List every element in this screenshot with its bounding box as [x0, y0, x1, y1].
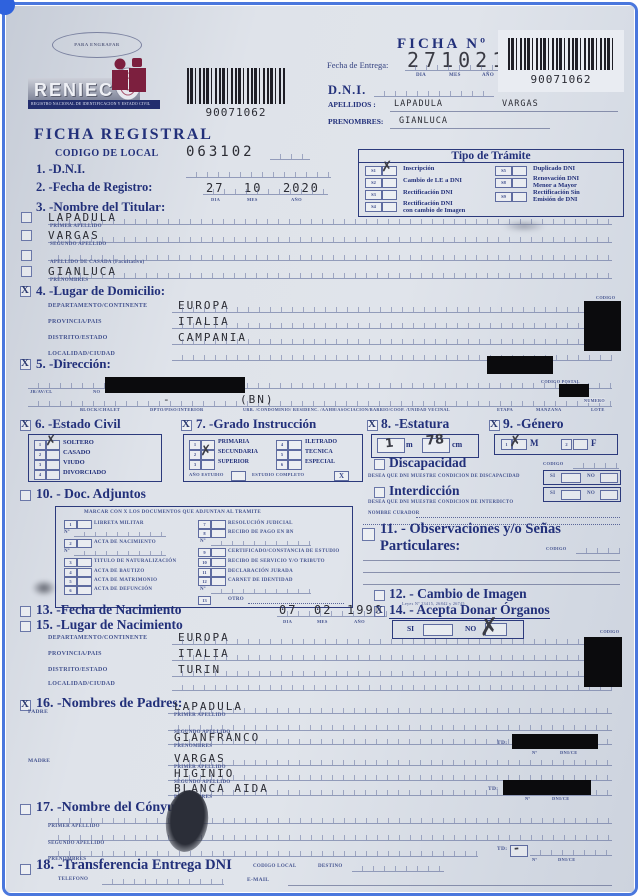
field-label: DEPARTAMENTO/CONTINENTE [48, 635, 147, 641]
tramite-label: Cambio de LE a DNI [403, 177, 462, 184]
discapacidad-desc: DESEA QUE DNI MUESTRE CONDICION DE DISCA… [368, 474, 520, 479]
apellido1-value: LAPADULA [394, 99, 443, 109]
dia-label: DIA [416, 73, 426, 78]
barcode-left [187, 68, 285, 104]
comb-field [48, 267, 612, 279]
section2-title: 2. -Fecha de Registro: [36, 180, 152, 195]
si-label: SI [407, 624, 414, 633]
section5-checkbox: X [20, 359, 31, 370]
doc-num: 10 [198, 558, 211, 567]
tramite-code: S3 [365, 190, 382, 200]
mes-label: MES [317, 619, 328, 624]
genero-f-box [573, 439, 588, 450]
section11-checkbox [362, 528, 375, 541]
dnice-label: DNI/CE [552, 796, 570, 801]
interdiccion-title: Interdicción [389, 483, 460, 499]
ano-label: AÑO [354, 619, 365, 624]
option-label: CASADO [63, 449, 90, 456]
doc-num: 5 [64, 577, 77, 586]
option-checkbox [288, 460, 302, 470]
no-label: Nº [200, 587, 206, 592]
si-label: SI [550, 474, 555, 479]
field-label: MANZANA [536, 407, 562, 412]
comb-field [74, 547, 166, 556]
comb-field [74, 528, 166, 537]
comb-field [530, 845, 612, 856]
section18-checkbox [20, 864, 31, 875]
tramite-code: S1 [365, 166, 382, 176]
option-num: 3 [189, 460, 201, 470]
doc-label: RECIBO DE PAGO EN BN [228, 530, 294, 535]
field-label: SEGUNDO APELLIDO [50, 242, 107, 247]
curador-label: NOMBRE CURADOR [368, 511, 420, 516]
redaction-box [559, 384, 589, 397]
interdiccion-sino-box: SI NO [543, 487, 621, 502]
field-label: PRIMER APELLIDO [174, 713, 226, 718]
titular-row3-checkbox [21, 250, 32, 261]
doc-checkbox [77, 586, 92, 595]
section6-checkbox: X [20, 420, 31, 431]
titular-row4-checkbox [21, 266, 32, 277]
prenombres-value: GIANLUCA [399, 116, 448, 126]
comb-field [28, 395, 612, 407]
codigo-local-value: 063102 [186, 144, 255, 160]
comb-field [168, 702, 612, 714]
padre-label: PADRE [28, 709, 48, 715]
si-box [561, 490, 581, 500]
doc-num: 7 [198, 520, 211, 529]
tramite-code: S4 [365, 202, 382, 212]
section14-checkbox: X [374, 606, 385, 617]
comb-field [168, 719, 612, 731]
registro-comb [203, 184, 328, 195]
doc-adjuntos-box: MARCAR CON X LOS DOCUMENTOS QUE ADJUNTAN… [55, 506, 353, 608]
comb-field [48, 231, 612, 243]
dni-field-comb [186, 165, 331, 178]
section18-title: 18. -Transferencia Entrega DNI [36, 857, 232, 874]
comb-field [172, 317, 612, 329]
doc-checkbox [211, 558, 226, 567]
doc-label: ACTA DE DEFUNCIÓN [94, 587, 152, 592]
estatura-m-unit: m [406, 440, 413, 449]
titular-row2-checkbox [21, 230, 32, 241]
no-label: Nº [64, 549, 70, 554]
estatura-m-value: 1 [384, 436, 394, 451]
writing-line [363, 583, 620, 585]
option-checkbox [288, 450, 302, 460]
x-mark: X [182, 418, 190, 430]
doc-label: TITULO DE NATURALIZACIÓN [94, 559, 176, 564]
comb-field [48, 845, 478, 857]
ano-estudio-label: AÑO ESTUDIO [189, 472, 224, 477]
doc-label: ACTA DE NACIMIENTO [94, 540, 156, 545]
option-label: TECNICA [305, 449, 333, 455]
tramite-label: Duplicado DNI [533, 165, 575, 172]
comb-field [172, 665, 612, 677]
field-label: ETAPA [497, 407, 513, 412]
titular-row1-checkbox [21, 212, 32, 223]
doc-checkbox [211, 548, 226, 557]
codigo-label: CODIGO [600, 629, 619, 634]
doc-adjuntos-note: MARCAR CON X LOS DOCUMENTOS QUE ADJUNTAN… [84, 510, 261, 515]
dia-label: DIA [283, 619, 292, 624]
genero-box: 1 ✗ M 2 F [494, 434, 618, 455]
direccion-dpto-value: - [163, 393, 170, 406]
doc-num: 12 [198, 577, 211, 586]
grado-instruccion-box: 1 PRIMARIA 2 ✗ SECUNDARIA 3 SUPERIOR 4 I… [183, 434, 363, 482]
no-label: Nº [200, 539, 206, 544]
doc-num: 8 [198, 529, 211, 538]
tramite-label: Renovación DNI [533, 175, 579, 182]
tramite-checkbox [382, 190, 397, 200]
comb-field [576, 543, 620, 554]
doc-num: 3 [64, 558, 77, 567]
reniec-logo-text: RENIEC [34, 80, 114, 101]
option-checkbox [46, 470, 60, 480]
doc-num: 13 [198, 596, 211, 605]
comb-field [172, 679, 612, 691]
section8-checkbox: X [367, 420, 378, 431]
x-mark: ✗ [380, 158, 393, 175]
dni-comb [374, 84, 494, 97]
writing-line [363, 571, 620, 573]
section5-title: 5. -Dirección: [36, 356, 111, 372]
tramite-code: S5 [495, 166, 512, 176]
genero-f-num: 2 [561, 439, 572, 450]
codigo-local-label: CODIGO LOCAL [253, 864, 296, 869]
no-box [600, 473, 618, 483]
no-label: Nº [532, 857, 537, 862]
doc-checkbox [211, 568, 226, 577]
scanned-ficha-registral: PARA ENGRAFAR RENIEC REGISTRO NACIONAL D… [0, 0, 640, 896]
doc-num: 11 [198, 568, 211, 577]
redaction-box [105, 377, 245, 393]
field-label: URB. /CONDOMINIO/ RESIDENC. /AAHH/ASOCIA… [243, 407, 450, 412]
section11-title-line1: 11. - Observaciones y/o Señas [380, 521, 561, 538]
estudio-completo-label: ESTUDIO COMPLETO [252, 472, 304, 477]
estudio-completo-box: X [334, 471, 349, 481]
option-checkbox [46, 450, 60, 460]
section4-checkbox: X [20, 286, 31, 297]
discapacidad-checkbox [374, 459, 385, 470]
x-mark: X [375, 604, 383, 616]
codigo-local-label: CODIGO DE LOCAL [55, 148, 159, 159]
apellido2-value: VARGAS [502, 99, 539, 109]
option-label: SUPERIOR [218, 459, 249, 465]
field-label: NO [93, 389, 100, 394]
form-title: FICHA REGISTRAL [34, 126, 213, 144]
estatura-cm-unit: cm [452, 440, 462, 449]
registro-ano-label: AÑO [291, 197, 302, 202]
email-line [288, 884, 612, 886]
doc-num: 9 [198, 548, 211, 557]
x-mark: X [490, 418, 498, 430]
field-label: DISTRITO/ESTADO [48, 335, 108, 341]
interdiccion-checkbox [374, 487, 385, 498]
ink-smudge [502, 220, 546, 232]
td-label: TD: [488, 786, 498, 792]
tramite-checkbox [382, 202, 397, 212]
comb-field [48, 812, 612, 824]
x-mark: ✗ [508, 431, 522, 450]
section13-checkbox [20, 606, 31, 617]
section15-title: 15. -Lugar de Nacimiento [36, 617, 183, 633]
no-label: Nº [64, 530, 70, 535]
ink-smudge [32, 580, 56, 596]
field-label: JR/AV/CL [30, 389, 53, 394]
field-label: DPTO/PISO/INTERIOR [150, 407, 204, 412]
field-label: PROVINCIA/PAIS [48, 651, 102, 657]
ano-label: AÑO [482, 73, 494, 78]
doc-checkbox [211, 520, 226, 529]
redaction-box [584, 637, 622, 687]
estado-civil-box: 1 ✗ SOLTERO 2 CASADO 3 VIUDO 4 DIVORCIAD… [28, 434, 162, 482]
no-label: Nº [525, 796, 530, 801]
numero-label: NUMERO [584, 398, 605, 403]
doc-num: 4 [64, 568, 77, 577]
comb-field [172, 301, 612, 313]
option-num: 6 [276, 460, 288, 470]
comb-field [102, 873, 224, 885]
x-mark: X [21, 357, 29, 369]
mes-label: MES [449, 73, 461, 78]
section6-title: 6. -Estado Civil [35, 416, 121, 432]
section16-title: 16. -Nombres de Padres: [36, 696, 182, 712]
apellidos-label: APELLIDOS : [328, 100, 376, 109]
section17-checkbox [20, 804, 31, 815]
doc-checkbox [77, 577, 92, 586]
registro-dia-label: DIA [211, 197, 220, 202]
field-label: BLOCK/CHALET [80, 407, 120, 412]
destino-label: DESTINO [318, 864, 343, 869]
discapacidad-title: Discapacidad [389, 455, 466, 471]
doc-label: DECLARACIÓN JURADA [228, 569, 293, 574]
doc-label: CERTIFICADO/CONSTANCIA DE ESTUDIO [228, 549, 340, 554]
tramite-checkbox [512, 166, 527, 176]
section11-title-line2: Particulares: [380, 538, 460, 555]
reniec-logo-tagline: REGISTRO NACIONAL DE IDENTIFICACION Y ES… [31, 102, 159, 106]
option-num: 3 [34, 460, 46, 470]
option-num: 4 [276, 440, 288, 450]
section12-title: 12. - Cambio de Imagen [389, 586, 527, 602]
tramite-label: Rectificación DNI [403, 189, 453, 196]
comb-field [172, 649, 612, 661]
discapacidad-sino-box: SI NO [543, 470, 621, 485]
writing-line [363, 559, 620, 561]
registro-mes-label: MES [247, 197, 258, 202]
tipo-tramite-title: Tipo de Trámite [359, 150, 623, 163]
barcode-left-number: 90071062 [187, 106, 285, 119]
section10-title: 10. - Doc. Adjuntos [36, 486, 146, 502]
doc-label: OTRO [228, 597, 244, 602]
tramite-label2: Menor a Mayor [533, 182, 577, 189]
section9-checkbox: X [489, 420, 500, 431]
section12-checkbox [374, 590, 385, 601]
genero-m-label: M [530, 438, 539, 448]
comb-field [211, 585, 311, 594]
section10-checkbox [20, 490, 31, 501]
fecha-entrega-label: Fecha de Entrega: [327, 60, 388, 70]
tramite-code: S2 [365, 178, 382, 188]
codigo-label: CODIGO [543, 461, 564, 466]
option-label: DIVORCIADO [63, 469, 106, 476]
option-label: SOLTERO [63, 439, 94, 446]
tramite-checkbox [512, 192, 527, 202]
section7-title: 7. -Grado Instrucción [196, 416, 316, 432]
field-label: DEPARTAMENTO/CONTINENTE [48, 303, 147, 309]
field-label: PROVINCIA/PAIS [48, 319, 102, 325]
option-label: PRIMARIA [218, 439, 249, 445]
doc-label: RESOLUCIÓN JUDICIAL [228, 521, 293, 526]
redaction-box [512, 734, 598, 749]
option-label: ESPECIAL [305, 459, 335, 465]
option-num: 2 [34, 450, 46, 460]
comb-field [168, 754, 612, 766]
tipo-tramite-box: Tipo de Trámite S1 ✗ Inscripción S2 Camb… [358, 149, 624, 217]
doc-label: LIBRETA MILITAR [94, 521, 144, 526]
prenombres-underline [390, 127, 550, 129]
field-label: DISTRITO/ESTADO [48, 667, 108, 673]
comb-field [352, 860, 444, 872]
estatura-cm-value: 78 [425, 432, 445, 449]
field-label: LOTE [591, 407, 605, 412]
tramite-label: Inscripción [403, 165, 434, 172]
option-checkbox [46, 460, 60, 470]
comb-field [48, 829, 612, 841]
redaction-box [487, 356, 553, 374]
comb-field [172, 633, 612, 645]
option-num: 4 [34, 470, 46, 480]
section14-title: 14. - Acepta Donar Órganos [389, 602, 550, 619]
x-mark: X [21, 418, 29, 430]
reniec-logo: RENIEC REGISTRO NACIONAL DE IDENTIFICACI… [28, 56, 188, 116]
apellidos-underline [390, 110, 618, 112]
section4-title: 4. -Lugar de Domicilio: [36, 283, 165, 299]
codigo-label: CODIGO [596, 295, 615, 300]
option-label: VIUDO [63, 459, 85, 466]
section7-checkbox: X [181, 420, 192, 431]
comb-field [573, 458, 619, 469]
no-label: NO [465, 624, 476, 633]
tramite-code: S8 [495, 178, 512, 188]
field-label: PRENOMBRES [174, 744, 212, 749]
no-label: NO [587, 474, 595, 479]
prenombres-label: PRENOMBRES: [328, 117, 383, 126]
dni-label: D.N.I. [328, 83, 366, 98]
genero-f-label: F [591, 438, 597, 448]
codigo-label: CODIGO [546, 546, 567, 551]
section1-title: 1. -D.N.I. [36, 162, 85, 177]
section9-title: 9. -Género [503, 416, 564, 432]
x-mark: X [21, 284, 29, 296]
madre-label: MADRE [28, 758, 50, 764]
ano-estudio-box [231, 471, 246, 481]
tramite-checkbox [382, 178, 397, 188]
section15-checkbox [20, 621, 31, 632]
interdiccion-desc: DESEA QUE DNI MUESTRE CONDICION DE INTER… [368, 500, 513, 505]
doc-label: CARNET DE IDENTIDAD [228, 578, 293, 583]
no-box [600, 490, 618, 500]
comb-field [277, 606, 387, 617]
option-checkbox [201, 460, 215, 470]
option-checkbox [288, 440, 302, 450]
tramite-label: Rectificación Sin [533, 189, 580, 196]
tramite-checkbox [512, 178, 527, 188]
para-engrafar-stamp: PARA ENGRAFAR [52, 32, 142, 58]
dnice-label: DNI/CE [558, 857, 576, 862]
doc-checkbox [77, 558, 92, 567]
option-label: ILETRADO [305, 439, 337, 445]
si-label: SI [550, 491, 555, 496]
dotted-line [416, 516, 620, 518]
doc-label: RECIBO DE SERVICIO Y/O TRIBUTO [228, 559, 325, 564]
section8-title: 8. -Estatura [381, 416, 449, 432]
field-label: LOCALIDAD/CIUDAD [48, 681, 115, 687]
tramite-label: Rectificación DNI [403, 200, 453, 207]
section13-title: 13. -Fecha de Nacimiento [36, 602, 181, 618]
redaction-box [503, 780, 591, 795]
no-label: NO [587, 491, 595, 496]
redaction-box [584, 301, 621, 351]
email-label: E-MAIL [247, 877, 269, 883]
tramite-label2: Emisión de DNI [533, 196, 577, 203]
x-mark: ✗ [199, 442, 212, 459]
direccion-urb-value: (BN) [240, 393, 275, 406]
codigo-local-comb [270, 149, 310, 160]
doc-checkbox [77, 568, 92, 577]
option-label: SECUNDARIA [218, 449, 258, 455]
x-mark: ✗ [44, 432, 57, 449]
telefono-label: TELEFONO [58, 877, 88, 882]
barcode-right [508, 38, 614, 70]
td-label: TD: [497, 740, 507, 746]
comb-field [211, 537, 311, 546]
comb-field [172, 333, 612, 345]
si-box [561, 473, 581, 483]
x-mark: X [368, 418, 376, 430]
doc-num: 6 [64, 586, 77, 595]
doc-label: ACTA DE BAUTIZO [94, 569, 145, 574]
td-label: TD: [497, 846, 507, 852]
barcode-right-number: 90071062 [508, 73, 614, 86]
option-num: 5 [276, 450, 288, 460]
doc-label: ACTA DE MATRIMONIO [94, 578, 157, 583]
tramite-code: S9 [495, 192, 512, 202]
